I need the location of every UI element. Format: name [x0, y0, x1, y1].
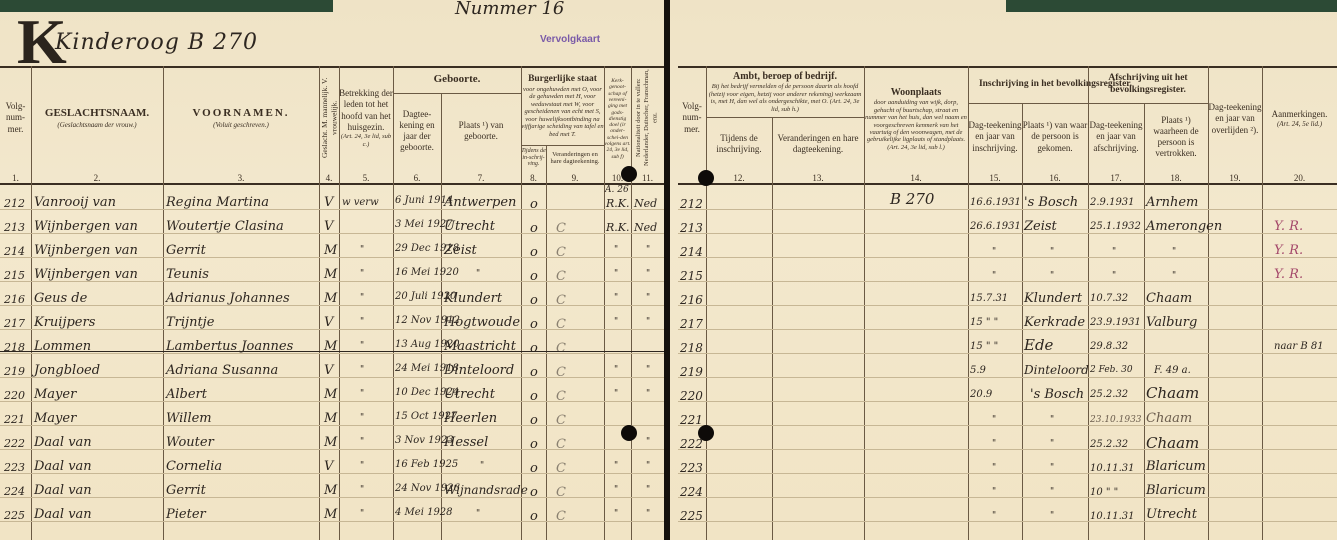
register-cell: 215 [4, 270, 25, 281]
punch-hole [621, 166, 637, 182]
register-cell: 224 [680, 486, 703, 498]
register-cell: Amerongen [1146, 220, 1222, 233]
register-cell: Y. R. [1274, 268, 1303, 281]
register-cell: " [360, 510, 364, 519]
register-cell: " [646, 294, 650, 303]
col-6-header: Dagtee-kening en jaar der geboorte. [393, 94, 441, 168]
ruled-line [339, 66, 340, 540]
register-cell: 222 [680, 438, 703, 450]
ruled-line [678, 183, 1337, 185]
column-number: 5. [339, 173, 393, 183]
ruled-line [678, 281, 1337, 282]
handwritten-title: Kinderoog B 270 [55, 30, 258, 55]
ruled-line [678, 521, 1337, 522]
register-cell: C [556, 438, 566, 451]
register-cell: 212 [4, 198, 25, 209]
register-cell: C [556, 318, 566, 331]
register-cell: Antwerpen [444, 196, 516, 209]
register-cell: Daal van [34, 436, 92, 449]
register-cell: " [992, 272, 996, 281]
ruled-line [864, 66, 865, 540]
register-cell: 216 [680, 294, 703, 306]
register-cell: Klundert [444, 292, 502, 305]
register-cell: Daal van [34, 460, 92, 473]
register-cell: 221 [4, 414, 25, 425]
register-cell: 216 [4, 294, 25, 305]
column-number: 7. [441, 173, 521, 183]
register-cell: Hogtwoude [444, 316, 520, 329]
register-cell: o [530, 390, 538, 403]
ruled-line [706, 66, 707, 540]
register-cell: A. 26 [605, 186, 629, 195]
register-cell: " [476, 510, 480, 519]
register-cell: " [1112, 272, 1116, 281]
register-cell: " [360, 438, 364, 447]
register-cell: 15 " " [970, 318, 998, 328]
register-cell: " [614, 390, 618, 399]
register-cell: 10.7.32 [1090, 294, 1128, 304]
register-cell: " [646, 246, 650, 255]
register-cell: 10.11.31 [1090, 512, 1135, 522]
row-218-strike [0, 351, 664, 352]
green-binding-band [1006, 0, 1337, 12]
ruled-line [631, 66, 632, 540]
register-cell: " [992, 488, 996, 497]
register-cell: 16 Mei 1920 [395, 268, 459, 278]
register-cell: " [360, 462, 364, 471]
geboorte-group-header: Geboorte. [393, 68, 521, 92]
register-cell: " [476, 270, 480, 279]
ruled-line [604, 66, 605, 540]
register-cell: o [530, 462, 538, 475]
register-cell: 2.9.1931 [1090, 198, 1135, 208]
register-cell: Ned [634, 198, 657, 209]
register-cell: Wijnbergen van [34, 268, 138, 281]
register-cell: " [1050, 512, 1054, 521]
register-cell: Mayer [34, 388, 76, 401]
register-cell: " [360, 294, 364, 303]
register-cell: " [614, 318, 618, 327]
register-cell: naar B 81 [1274, 342, 1324, 352]
register-cell: V [324, 220, 333, 233]
register-cell: 217 [4, 318, 25, 329]
register-cell: " [614, 366, 618, 375]
register-cell: Albert [166, 388, 207, 401]
register-cell: " [992, 416, 996, 425]
register-cell: Wijnandsrade [444, 484, 528, 496]
register-cell: M [324, 268, 337, 281]
register-cell: M [324, 484, 337, 497]
column-number: 2. [31, 173, 163, 183]
ruled-line [1262, 66, 1263, 540]
register-cell: " [360, 342, 364, 351]
register-cell: M [324, 508, 337, 521]
register-cell: B 270 [890, 192, 934, 207]
col-20-header: Aanmerkingen.(Art. 24, 5e lid.) [1262, 68, 1337, 170]
register-cell: " [992, 464, 996, 473]
ruled-line [678, 377, 1337, 378]
afschrijving-group-header: Afschrijving uit het bevolkingsregister. [1088, 68, 1208, 102]
register-cell: Utrecht [444, 220, 495, 233]
burgerlijke-staat-header: Burgerlijke staatvoor ongehuwden met O, … [521, 68, 604, 144]
register-cell: Utrecht [1146, 508, 1197, 521]
register-cell: V [324, 316, 333, 329]
register-cell: 15.7.31 [970, 294, 1008, 304]
col-16-header: Plaats ¹) van waar de persoon is gekomen… [1022, 104, 1088, 170]
register-cell: 223 [4, 462, 25, 473]
register-cell: Adrianus Johannes [166, 292, 290, 305]
column-number: 13. [772, 173, 864, 183]
ruled-line [678, 425, 1337, 426]
register-cell: 223 [680, 462, 703, 474]
register-cell: C [556, 390, 566, 403]
register-cell: " [614, 510, 618, 519]
register-cell: " [360, 270, 364, 279]
register-cell: o [530, 198, 538, 211]
register-cell: 221 [680, 414, 703, 426]
register-cell: " [1050, 464, 1054, 473]
register-cell: Utrecht [444, 388, 495, 401]
register-cell: Daal van [34, 508, 92, 521]
ruled-line [393, 93, 521, 94]
col-19-header: Dag-teekening en jaar van overlijden ²). [1208, 68, 1262, 170]
register-cell: 16.6.1931 [970, 198, 1021, 208]
register-cell: o [530, 414, 538, 427]
register-cell: " [480, 462, 484, 471]
register-cell: " [614, 294, 618, 303]
register-cell: " [992, 248, 996, 257]
col-7-header: Plaats ¹) van geboorte. [441, 94, 521, 168]
register-cell: Kruijpers [34, 316, 95, 329]
col-9-header: Veranderingen en hare dagteekening. [546, 146, 604, 170]
register-cell: C [556, 510, 566, 523]
register-cell: M [324, 244, 337, 257]
col-5-header: Betrekking der leden tot het hoofd van h… [339, 68, 393, 168]
register-cell: C [556, 414, 566, 427]
col-12-header: Tijdens de inschrijving. [706, 118, 772, 170]
register-cell: " [1050, 272, 1054, 281]
register-cell: " [360, 390, 364, 399]
register-cell: 26.6.1931 [970, 222, 1021, 232]
register-cell: 214 [4, 246, 25, 257]
register-cell: Valburg [1146, 316, 1197, 329]
col-volgnummer-header: Volg- num- mer. [678, 68, 706, 168]
register-cell: " [646, 318, 650, 327]
register-cell: Mayer [34, 412, 76, 425]
register-cell: Chaam [1146, 386, 1199, 401]
col-3-header: VOORNAMEN.(Voluit geschreven.) [163, 68, 319, 168]
register-cell: C [556, 342, 566, 355]
ruled-line [521, 145, 604, 146]
register-cell: 212 [680, 198, 703, 210]
col-14-header: Woonplaatsdoor aanduiding van wijk, dorp… [864, 68, 968, 170]
column-number: 1. [0, 173, 31, 183]
ruled-line [678, 473, 1337, 474]
register-cell: " [1050, 248, 1054, 257]
register-page-left: K Kinderoog B 270 Nummer 16 Vervolgkaart… [0, 0, 664, 540]
register-cell: 23.10.1933 [1090, 416, 1142, 425]
register-cell: V [324, 364, 333, 377]
register-cell: " [614, 462, 618, 471]
register-cell: " [646, 270, 650, 279]
register-cell: " [360, 486, 364, 495]
register-cell: 213 [4, 222, 25, 233]
register-cell: 10.11.31 [1090, 464, 1135, 474]
register-cell: C [556, 270, 566, 283]
register-cell: Chaam [1146, 412, 1192, 425]
register-cell: Trijntje [166, 316, 214, 329]
register-cell: M [324, 412, 337, 425]
column-number: 15. [968, 173, 1022, 183]
register-cell: " [992, 440, 996, 449]
register-cell: C [556, 294, 566, 307]
register-cell: R.K. [606, 222, 630, 233]
register-cell: Gerrit [166, 244, 206, 257]
register-cell: Klundert [1024, 292, 1082, 305]
ruled-line [968, 66, 969, 540]
register-cell: " [1172, 248, 1176, 257]
ruled-line [678, 257, 1337, 258]
register-cell: Willem [166, 412, 212, 425]
column-number: 16. [1022, 173, 1088, 183]
ruled-line [678, 401, 1337, 402]
register-cell: 25.2.32 [1090, 440, 1128, 450]
register-cell: R.K. [606, 198, 630, 209]
ambt-group-header: Ambt, beroep of bedrijf.Bij het bedrijf … [706, 68, 864, 116]
register-cell: 222 [4, 438, 25, 449]
register-cell: Jongbloed [34, 364, 100, 377]
register-cell: " [614, 270, 618, 279]
register-cell: 225 [680, 510, 703, 522]
col-13-header: Veranderingen en hare dagteekening. [772, 118, 864, 170]
register-cell: Adriana Susanna [166, 364, 278, 377]
column-number: 9. [546, 173, 604, 183]
register-cell: " [646, 462, 650, 471]
register-cell: " [1172, 272, 1176, 281]
register-cell: Arnhem [1146, 196, 1198, 209]
ruled-line [678, 209, 1337, 210]
register-cell: Woutertje Clasina [166, 220, 284, 233]
register-cell: 225 [4, 510, 25, 521]
register-cell: F. 49 a. [1154, 366, 1191, 376]
register-cell: " [992, 512, 996, 521]
register-cell: 219 [680, 366, 703, 378]
ruled-line [678, 449, 1337, 450]
register-cell: M [324, 388, 337, 401]
register-cell: V [324, 196, 333, 209]
register-cell: o [530, 510, 538, 523]
register-cell: Regina Martina [166, 196, 269, 209]
col-10-header: Kerk-genoot-schap of vereeni-ging met go… [604, 68, 631, 170]
register-cell: 220 [680, 390, 703, 402]
register-cell: o [530, 342, 538, 355]
ruled-line [163, 66, 164, 540]
column-number: 8. [521, 173, 546, 183]
register-cell: Daal van [34, 484, 92, 497]
column-number: 18. [1144, 173, 1208, 183]
register-cell: " [1050, 488, 1054, 497]
column-number: 14. [864, 173, 968, 183]
register-cell: o [530, 366, 538, 379]
register-cell: " [646, 390, 650, 399]
register-cell: " [360, 366, 364, 375]
column-number: 17. [1088, 173, 1144, 183]
register-cell: Y. R. [1274, 220, 1303, 233]
register-cell: C [556, 486, 566, 499]
ruled-line [1022, 104, 1023, 540]
register-cell: 218 [680, 342, 703, 354]
handwritten-nummer: Nummer 16 [455, 0, 564, 19]
register-cell: " [646, 366, 650, 375]
register-cell: 's Bosch [1030, 388, 1084, 401]
register-cell: C [556, 366, 566, 379]
register-cell: Teunis [166, 268, 209, 281]
register-cell: Kerkrade [1024, 316, 1085, 329]
register-cell: " [360, 414, 364, 423]
register-cell: 213 [680, 222, 703, 234]
col-18-header: Plaats ¹) waarheen de persoon is vertrok… [1144, 104, 1208, 170]
register-cell: C [556, 246, 566, 259]
column-number: 4. [319, 173, 339, 183]
ruled-line [31, 66, 32, 540]
register-cell: o [530, 222, 538, 235]
column-number: 19. [1208, 173, 1262, 183]
register-cell: " [646, 486, 650, 495]
register-cell: Hessel [444, 436, 488, 449]
register-cell: " [646, 510, 650, 519]
ruled-line [678, 233, 1337, 234]
ruled-line [521, 66, 522, 540]
register-cell: o [530, 318, 538, 331]
col-15-header: Dag-teekening en jaar van inschrijving. [968, 104, 1022, 170]
column-number: 6. [393, 173, 441, 183]
col-11-header: Nationaliteit door in te vullen: Nederla… [631, 68, 664, 168]
register-cell: 219 [4, 366, 25, 377]
register-cell: 20.9 [970, 390, 992, 400]
register-cell: Heerlen [444, 412, 497, 425]
column-number: 20. [1262, 173, 1337, 183]
register-cell: 215 [680, 270, 703, 282]
register-cell: Ede [1024, 338, 1053, 353]
register-cell: M [324, 292, 337, 305]
register-cell: o [530, 486, 538, 499]
register-cell: w verw [342, 198, 379, 208]
register-cell: 214 [680, 246, 703, 258]
register-cell: Vanrooij van [34, 196, 116, 209]
ruled-line [678, 497, 1337, 498]
register-cell: Gerrit [166, 484, 206, 497]
punch-hole [698, 425, 714, 441]
register-cell: 23.9.1931 [1090, 318, 1141, 328]
ruled-line [393, 66, 394, 540]
register-cell: 10 " " [1090, 488, 1118, 498]
register-cell: 16 Feb 1925 [395, 460, 458, 470]
register-cell: " [1112, 248, 1116, 257]
register-cell: 5.9 [970, 366, 986, 376]
column-number: 3. [163, 173, 319, 183]
punch-hole [621, 425, 637, 441]
register-cell: " [614, 486, 618, 495]
ruled-line [546, 146, 547, 540]
ruled-line [678, 329, 1337, 330]
register-cell: Wouter [166, 436, 214, 449]
register-cell: Zeist [444, 244, 477, 257]
ruled-line [1208, 66, 1209, 540]
register-cell: " [614, 246, 618, 255]
register-cell: Chaam [1146, 436, 1199, 451]
col-2-header: GESLACHTSNAAM.(Geslachtsnaam der vrouw.) [31, 68, 163, 168]
register-cell: Blaricum [1146, 484, 1206, 497]
register-cell: " [1050, 440, 1054, 449]
register-cell: Wijnbergen van [34, 244, 138, 257]
register-cell: Zeist [1024, 220, 1057, 233]
register-cell: 217 [680, 318, 703, 330]
register-cell: o [530, 294, 538, 307]
register-cell: " [1050, 416, 1054, 425]
register-cell: Cornelia [166, 460, 222, 473]
ruled-line [319, 66, 320, 540]
register-cell: Blaricum [1146, 460, 1206, 473]
register-cell: " [360, 246, 364, 255]
punch-hole [698, 170, 714, 186]
ruled-line [1144, 104, 1145, 540]
register-cell: Geus de [34, 292, 87, 305]
register-page-right: Volg- num- mer. Ambt, beroep of bedrijf.… [670, 0, 1337, 540]
register-cell: o [530, 270, 538, 283]
ruled-line [1088, 66, 1089, 540]
ruled-line [0, 183, 664, 185]
register-cell: 25.2.32 [1090, 390, 1128, 400]
register-cell: Wijnbergen van [34, 220, 138, 233]
register-cell: 25.1.1932 [1090, 222, 1141, 232]
register-cell: 29.8.32 [1090, 342, 1128, 352]
register-cell: 's Bosch [1024, 196, 1078, 209]
register-cell: 4 Mei 1928 [395, 508, 453, 518]
register-cell: C [556, 222, 566, 235]
register-cell: Ned [634, 222, 657, 233]
register-cell: " [646, 438, 650, 447]
register-cell: Dinteloord [444, 364, 514, 377]
col-4-header: Geslacht. M. mannelijk. V. vrouwelijk. [319, 68, 339, 168]
register-cell: o [530, 246, 538, 259]
register-cell: 2 Feb. 30 [1090, 366, 1133, 375]
register-cell: Pieter [166, 508, 206, 521]
register-cell: Dinteloord [1024, 364, 1089, 376]
col-1-header: Volg- num- mer. [0, 68, 31, 168]
register-cell: o [530, 438, 538, 451]
register-cell: 220 [4, 390, 25, 401]
register-cell: Chaam [1146, 292, 1192, 305]
col-8-header: Tijdens de in-schrij-ving. [521, 146, 546, 170]
register-cell: " [360, 318, 364, 327]
register-cell: 224 [4, 486, 25, 497]
ruled-line [678, 353, 1337, 354]
register-cell: M [324, 436, 337, 449]
ruled-line [678, 305, 1337, 306]
col-17-header: Dag-teekening en jaar van afschrijving. [1088, 104, 1144, 170]
register-cell: V [324, 460, 333, 473]
register-cell: Y. R. [1274, 244, 1303, 257]
register-cell: C [556, 462, 566, 475]
vervolgkaart-stamp: Vervolgkaart [540, 34, 600, 45]
column-number: 12. [706, 173, 772, 183]
register-cell: 15 " " [970, 342, 998, 352]
ruled-line [706, 117, 864, 118]
